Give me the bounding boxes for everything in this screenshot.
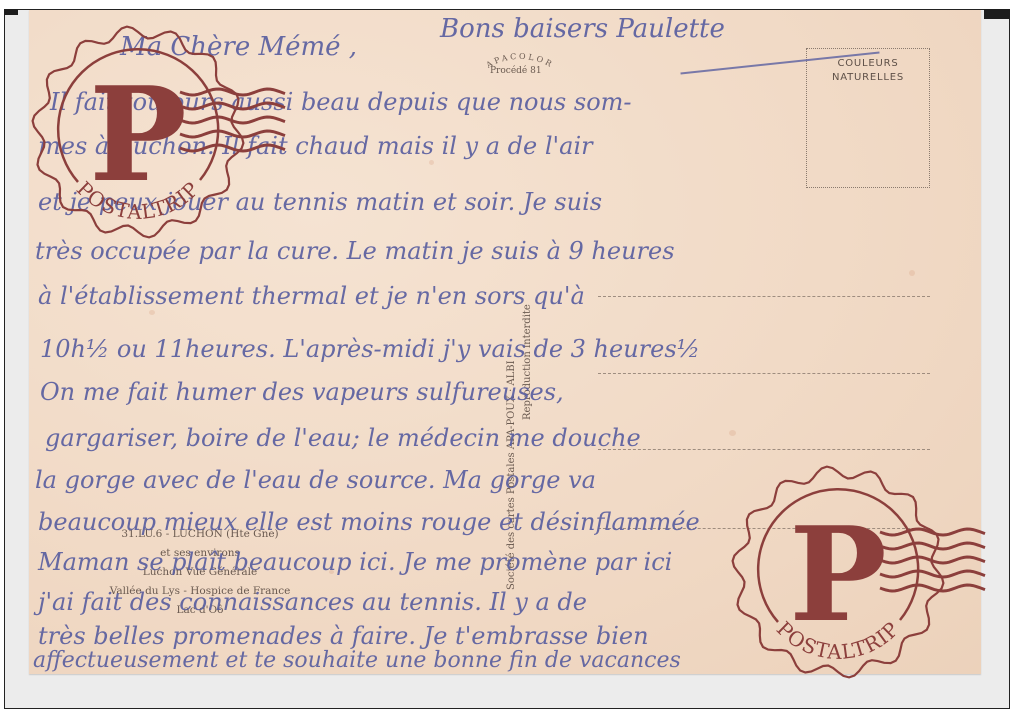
process-label: Procédé 81 <box>490 66 542 76</box>
message-line: très belles promenades à faire. Je t'emb… <box>38 622 649 650</box>
scan-edge <box>984 9 1010 19</box>
address-line <box>598 449 930 450</box>
svg-text:P: P <box>789 498 887 651</box>
message-line: la gorge avec de l'eau de source. Ma gor… <box>35 466 596 494</box>
message-line: à l'établissement thermal et je n'en sor… <box>38 282 585 310</box>
address-line <box>598 373 930 374</box>
apacolor-logo: APACOLOR <box>470 44 570 84</box>
scan-edge <box>4 9 18 15</box>
address-line <box>598 296 930 297</box>
postaltrip-watermark: PPOSTALTRIP <box>30 20 290 254</box>
stamp-box-line: NATURELLES <box>807 71 929 85</box>
message-line: 10h½ ou 11heures. L'après-midi j'y vais … <box>40 335 700 363</box>
stamp-placeholder-box: COULEURS NATURELLES <box>806 48 930 188</box>
postaltrip-watermark: PPOSTALTRIP <box>730 460 990 694</box>
message-line: On me fait humer des vapeurs sulfureuses… <box>40 378 564 406</box>
message-line: gargariser, boire de l'eau; le médecin m… <box>45 424 641 452</box>
message-line: Maman se plaît beaucoup ici. Je me promè… <box>38 548 672 576</box>
message-line: affectueusement et te souhaite une bonne… <box>33 648 681 673</box>
message-line: beaucoup mieux elle est moins rouge et d… <box>38 508 700 536</box>
svg-text:P: P <box>89 58 187 211</box>
message-line: j'ai fait des connaissances au tennis. I… <box>38 588 587 616</box>
header-note: Bons baisers Paulette <box>440 14 725 44</box>
